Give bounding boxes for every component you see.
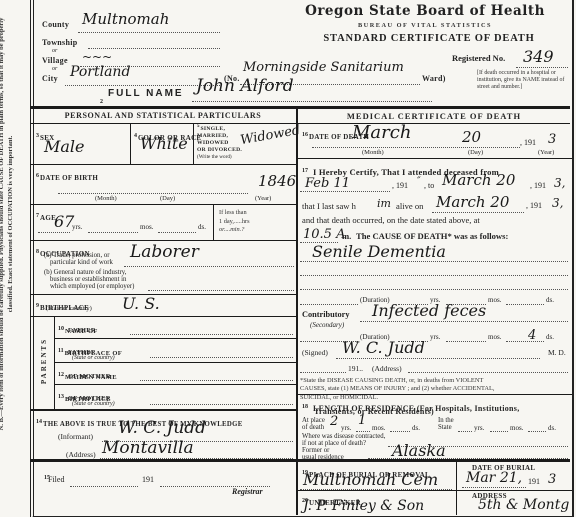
- cause-of-death-value: Senile Dementia: [312, 242, 446, 261]
- burial-place-value: Multnomah Cem: [303, 470, 438, 489]
- sig-address-label: (Address): [372, 364, 402, 373]
- marital-field: 5SINGLE, MARRIED, WIDOWED OR DIVORCED. (…: [197, 126, 242, 161]
- undertaker-address-value: 5th & Montg: [478, 497, 569, 513]
- township-label: Township: [42, 38, 77, 47]
- time-m-label: m.: [342, 231, 351, 241]
- sig-year-label: 191..: [348, 364, 363, 373]
- former-residence-dots: [368, 457, 568, 459]
- mother-birthplace-sub: (State or country): [72, 401, 115, 407]
- medical-section-title: MEDICAL CERTIFICATE OF DEATH: [296, 111, 572, 121]
- where-contracted-label2: if not at place of death?: [302, 440, 366, 447]
- md-label: M. D.: [548, 348, 566, 357]
- parents-group-label: PARENTS: [40, 317, 48, 405]
- parents-row-divider-2: [54, 362, 296, 363]
- last-saw-value: March 20: [436, 193, 509, 211]
- at-place-dots-1: [356, 430, 370, 432]
- county-label: County: [42, 20, 69, 29]
- in-state-dots-3: [528, 430, 546, 432]
- father-birthplace-line: [150, 356, 293, 358]
- or-label-2: or: [52, 66, 57, 72]
- column-divider: [296, 106, 298, 515]
- mother-birthplace-line: [150, 403, 293, 405]
- undertaker-value: J. P. Finley & Son: [303, 498, 424, 514]
- last-saw-text-a: that I last saw h: [302, 201, 356, 211]
- dod-year-label: (Year): [538, 149, 554, 156]
- in-state-label1: In the: [438, 417, 454, 424]
- row-divider-5: [30, 316, 296, 317]
- burial-date-dots: [462, 486, 526, 488]
- row-divider-3: [30, 240, 296, 241]
- attended-from-value: Feb 11: [305, 176, 350, 191]
- birth-year-label: (Year): [255, 195, 271, 202]
- duration1-dots-0: [300, 303, 358, 305]
- county-value: Multnomah: [82, 10, 169, 28]
- sex-race-divider: [130, 123, 131, 164]
- at-place-mos-value: 1: [358, 413, 366, 428]
- in-state-yrs: yrs.: [474, 424, 484, 432]
- village-label: Village: [42, 56, 68, 65]
- occupation-b-line3: which employed (or employer): [50, 283, 134, 290]
- signed-label: (Signed): [302, 348, 328, 357]
- sig-date-dots: [300, 371, 346, 373]
- age-dots-3: [158, 231, 196, 233]
- parents-row-divider-1: [54, 338, 296, 339]
- township-line: [88, 47, 220, 49]
- attended-to-label: , to: [424, 181, 434, 190]
- death-certificate-scan: N. B.—Every item of information should b…: [0, 0, 576, 517]
- at-place-ds: ds.: [412, 424, 420, 432]
- cause-dots-2: [300, 274, 568, 276]
- row-divider-7: [296, 158, 572, 159]
- informant-address-value: Montavilla: [102, 438, 194, 458]
- date-of-death-day: 20: [462, 128, 481, 146]
- date-of-death-line: [312, 146, 520, 148]
- attended-to-value: March 20: [442, 171, 515, 189]
- top-section-divider: [30, 106, 570, 109]
- certificate-title: STANDARD CERTIFICATE OF DEATH: [300, 33, 558, 44]
- sex-value: Male: [44, 137, 85, 156]
- date-of-death-year-hw: 3: [548, 132, 556, 147]
- filed-dots-1: [70, 485, 138, 487]
- row-divider-8: [296, 394, 572, 395]
- mother-name-label2: OF MOTHER: [68, 373, 111, 380]
- contributory-dots: [360, 320, 568, 322]
- duration2-dots-2: [446, 340, 486, 342]
- institution-value: Morningside Sanitarium: [243, 60, 404, 75]
- in-state-ds: ds.: [548, 424, 556, 432]
- village-value: ~~~: [82, 50, 112, 64]
- former-residence-label1: Former or: [302, 447, 329, 454]
- attended-from-dots: [300, 190, 390, 192]
- dod-day-label: (Day): [468, 149, 483, 156]
- attended-to-hw: 3,: [554, 176, 565, 190]
- duration1-ds: ds.: [546, 296, 554, 304]
- last-saw-printed: , 191: [526, 201, 542, 210]
- duration1-mos: mos.: [488, 296, 501, 304]
- age-note: If less than1 day,.....hrsor....min.?: [219, 209, 250, 235]
- title-underline: [30, 123, 570, 124]
- personal-section-title: PERSONAL AND STATISTICAL PARTICULARS: [30, 111, 296, 120]
- father-name-line: [130, 333, 293, 335]
- age-dots-1: [38, 231, 70, 233]
- duration2-yrs: yrs.: [430, 333, 440, 341]
- occupation-a-line2: particular kind of work: [50, 259, 113, 266]
- occupation-a-dots: [124, 265, 294, 267]
- cause-of-death-label: The CAUSE OF DEATH* was as follows:: [356, 231, 508, 241]
- registrar-label: Registrar: [232, 487, 263, 496]
- duration2-ds: ds.: [546, 333, 554, 341]
- birth-line: [58, 192, 248, 194]
- duration2-ds-value: 4: [528, 328, 536, 343]
- fullname-number: 2: [100, 99, 103, 105]
- where-contracted-label1: Where was disease contracted,: [302, 433, 385, 440]
- filed-year-label: 191: [142, 475, 154, 484]
- age-yrs-label: yrs.: [72, 223, 82, 231]
- row-divider-4: [30, 294, 296, 295]
- occupation-b-dots: [148, 289, 294, 291]
- last-saw-text-b: alive on: [396, 201, 423, 211]
- in-state-dots-1: [458, 430, 472, 432]
- registered-no-line: [516, 66, 568, 68]
- certify-line3: and that death occurred, on the date sta…: [302, 215, 480, 225]
- burial-undertaker-divider: [456, 461, 457, 515]
- former-residence-label2: usual residence: [302, 454, 344, 461]
- clipped-place-of-death-label: PLACE OF DEATH: [135, 0, 256, 2]
- date-of-death-year-printed: , 191: [520, 138, 536, 147]
- parents-divider: [54, 316, 55, 410]
- last-saw-him-hw: im: [377, 197, 391, 210]
- burial-date-hw: 3: [548, 472, 556, 487]
- birthplace-value: U. S.: [122, 294, 160, 313]
- parents-row-divider-3: [54, 384, 296, 385]
- registered-no-value: 349: [523, 47, 554, 66]
- sig-address-dots: [408, 371, 568, 373]
- in-state-mos: mos.: [510, 424, 523, 432]
- row-divider-6: [30, 409, 296, 411]
- or-label-1: or: [52, 48, 57, 54]
- birth-day-label: (Day): [160, 195, 175, 202]
- city-value: Portland: [70, 64, 130, 80]
- at-place-dots-2: [390, 430, 410, 432]
- cause-dots-3: [300, 288, 568, 290]
- at-place-yrs: yrs.: [341, 424, 351, 432]
- age-ds-label: ds.: [198, 223, 206, 231]
- signed-dots: [336, 357, 540, 359]
- death-time-value: 10.5 A: [303, 227, 345, 242]
- row-divider-2: [30, 204, 296, 205]
- age-mos-label: mos.: [140, 223, 153, 231]
- heavy-divider: [30, 459, 570, 462]
- race-value: White: [140, 134, 188, 153]
- birth-field: 6DATE OF BIRTH: [36, 167, 98, 185]
- duration2-dots-3: [506, 340, 544, 342]
- attended-from-hw: ″: [417, 176, 421, 187]
- attended-to-printed: , 191: [530, 181, 546, 190]
- in-state-dots-2: [490, 430, 508, 432]
- signed-value: W. C. Judd: [342, 338, 425, 357]
- city-label: City: [42, 74, 58, 83]
- informant-label: (Informant): [58, 432, 93, 441]
- hospital-note: [If death occurred in a hospital or inst…: [477, 70, 570, 91]
- contributory-sub: (Secondary): [310, 321, 344, 329]
- bureau-subtitle: BUREAU OF VITAL STATISTICS: [300, 22, 550, 29]
- last-saw-dots: [432, 211, 524, 213]
- filed-label: Filed: [48, 475, 64, 484]
- in-state-label2: State: [438, 424, 452, 431]
- at-place-label1: At place: [302, 417, 325, 424]
- occupation-a-value: Laborer: [130, 242, 199, 262]
- occupation-a-line1: (a) Trade, profession, or: [44, 252, 110, 259]
- birth-month-label: (Month): [95, 195, 117, 202]
- occupation-b-line1: (b) General nature of industry,: [44, 269, 126, 276]
- age-note-divider: [213, 204, 214, 240]
- contributory-label: Contributory: [302, 310, 349, 319]
- age-dots-2: [88, 231, 138, 233]
- at-place-yrs-value: 2: [330, 414, 338, 429]
- dod-month-label: (Month): [362, 149, 384, 156]
- contributory-value: Infected feces: [372, 301, 486, 320]
- last-saw-hw-digit: 3,: [552, 196, 563, 210]
- fullname-line: [192, 100, 432, 102]
- margin-note: N. B.—Every item of information should b…: [0, 8, 31, 440]
- registered-no-label: Registered No.: [452, 53, 505, 63]
- father-birthplace-sub: (State or country): [72, 355, 115, 361]
- birthplace-sub: (State or country): [46, 305, 92, 312]
- county-line: [78, 31, 220, 33]
- burial-date-value: Mar 21,: [466, 470, 522, 486]
- mother-name-line: [140, 379, 293, 381]
- duration2-mos: mos.: [488, 333, 501, 341]
- informant-value: W. C. Judd: [118, 418, 206, 438]
- burial-date-printed: 191: [528, 477, 540, 486]
- attended-from-printed: , 191: [392, 181, 408, 190]
- at-place-mos: mos.: [372, 424, 385, 432]
- fullname-value: John Alford: [196, 76, 294, 96]
- informant-address-label: (Address): [66, 450, 96, 459]
- fullname-label: FULL NAME: [108, 88, 184, 99]
- row-divider-1: [30, 164, 296, 165]
- occupation-b-line2: business or establishment in: [50, 276, 126, 283]
- date-of-death-month: March: [352, 122, 411, 143]
- birth-year-value: 1846: [258, 172, 296, 190]
- row-divider-9: [296, 490, 572, 491]
- org-title: Oregon State Board of Health: [300, 3, 550, 19]
- at-place-label2: of death: [302, 424, 324, 431]
- cause-dots-1: [300, 260, 568, 262]
- ward-label: Ward): [422, 74, 446, 83]
- duration1-dots-3: [506, 303, 544, 305]
- father-name-label2: FATHER: [68, 327, 96, 334]
